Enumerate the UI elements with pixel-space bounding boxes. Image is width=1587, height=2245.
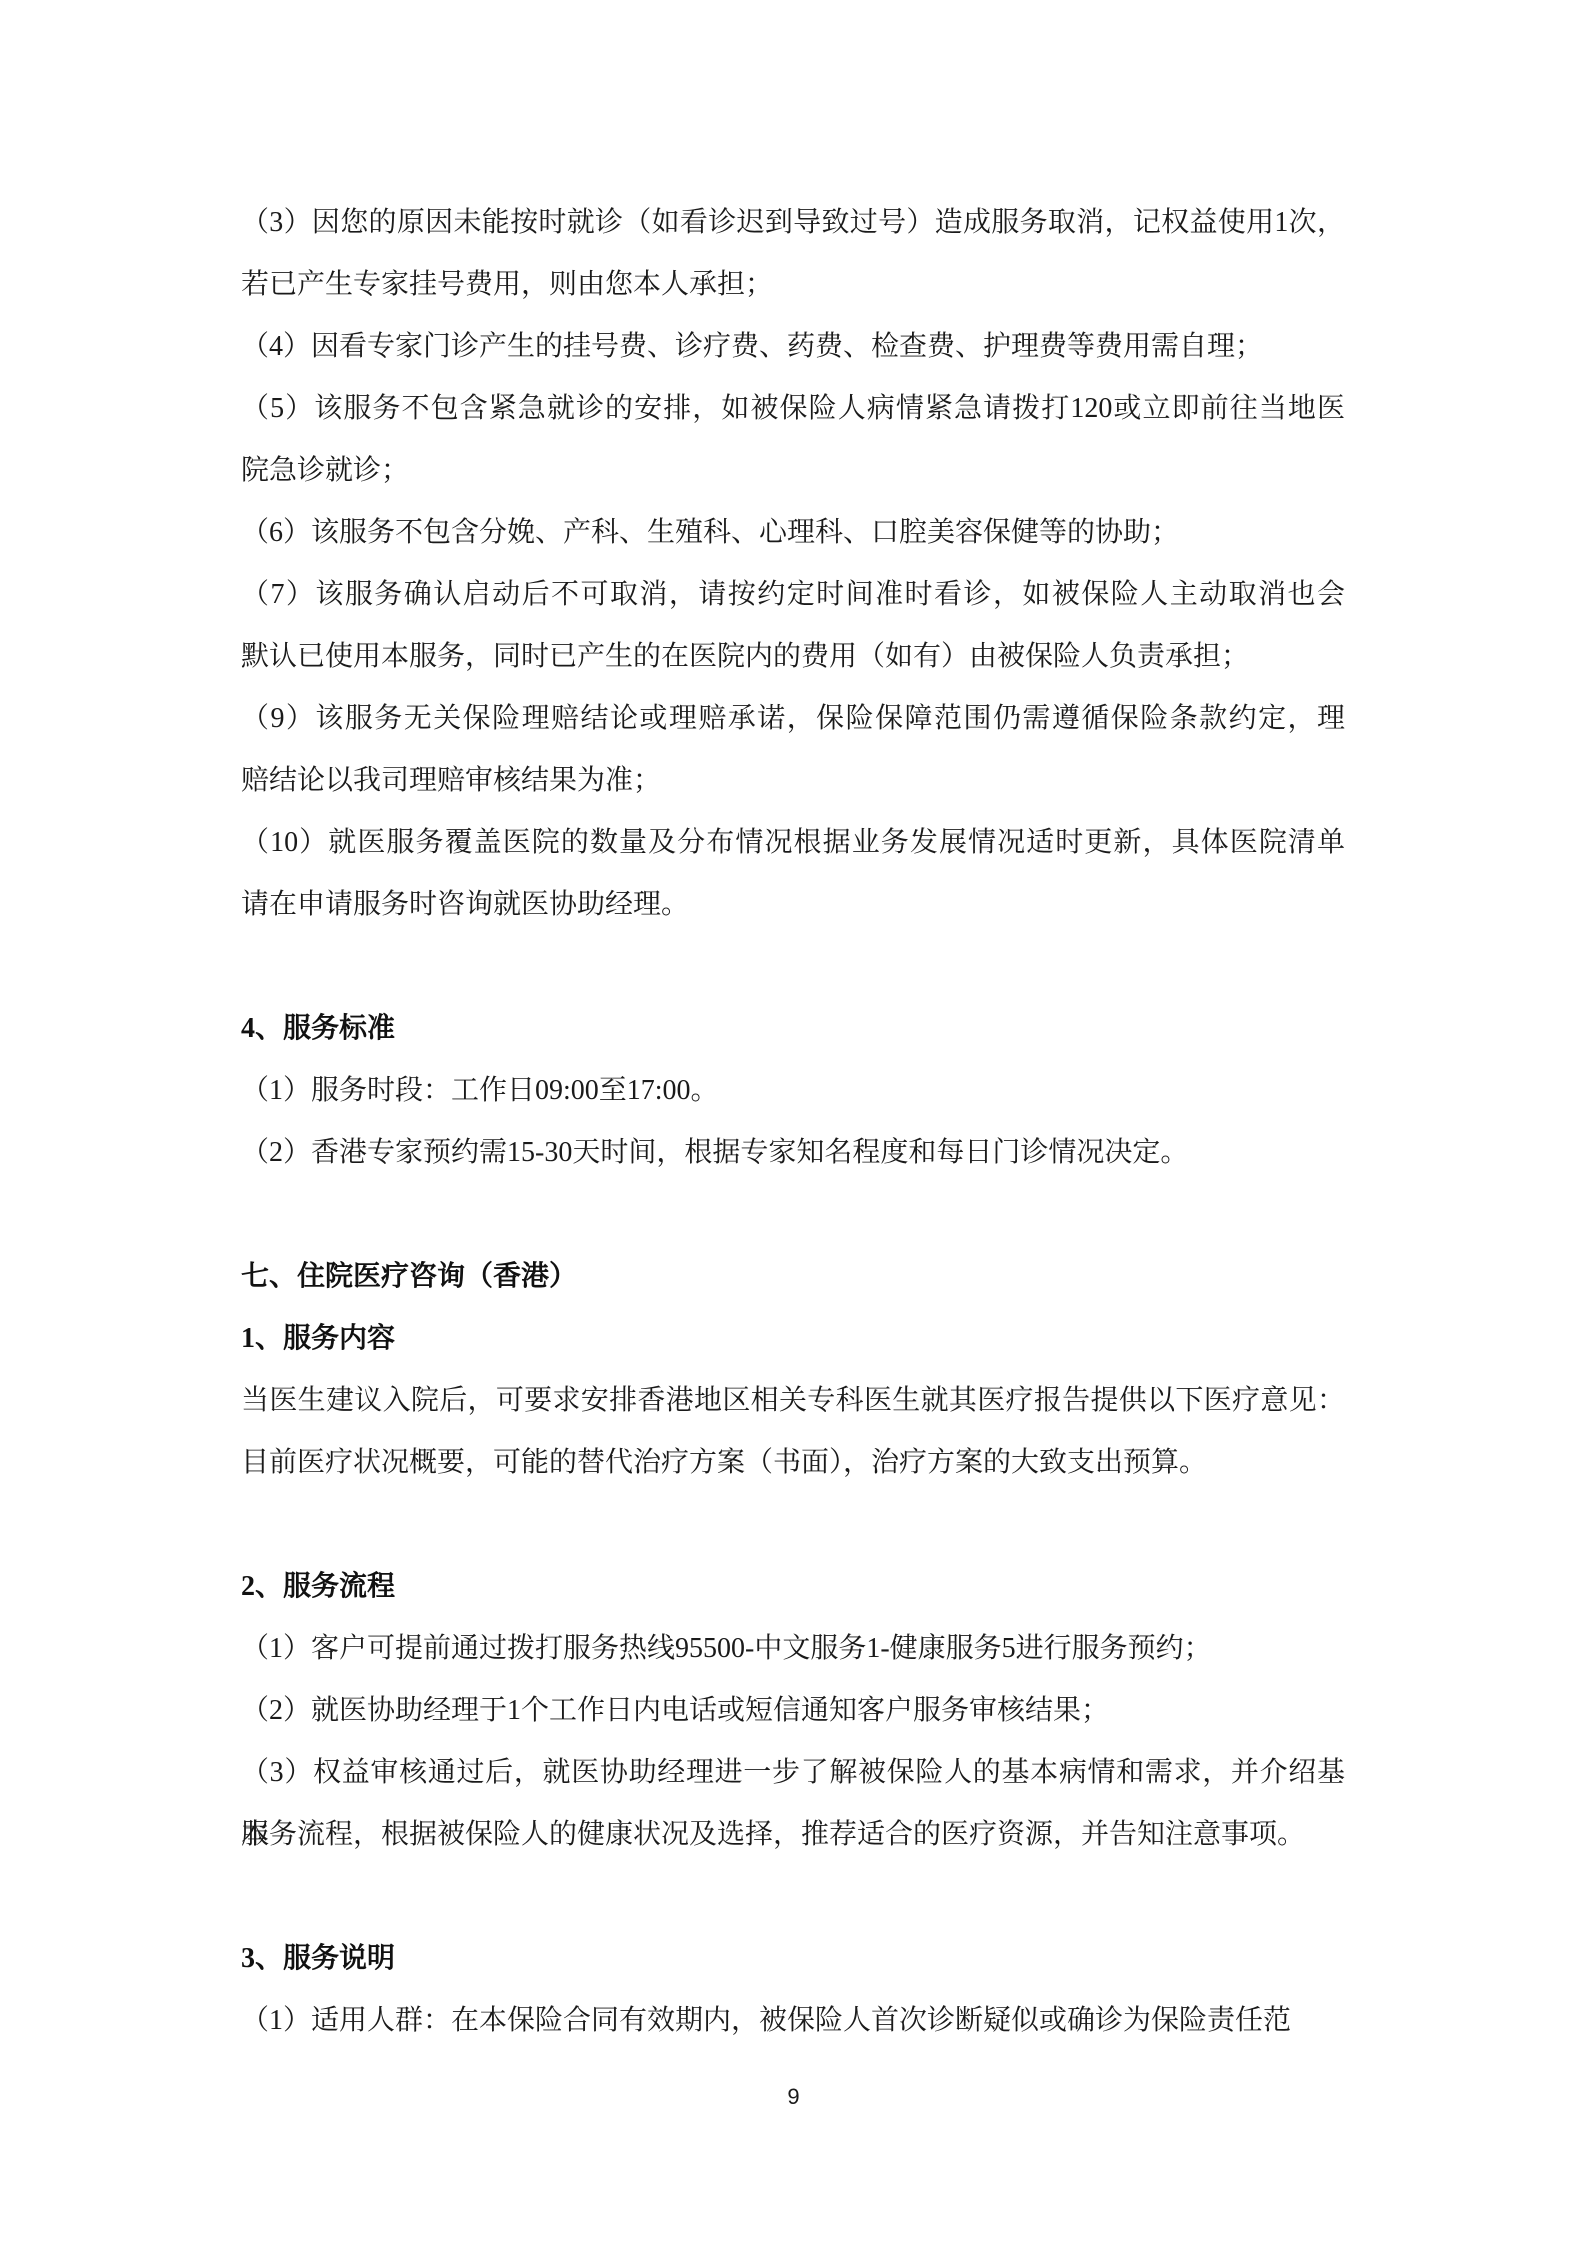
page-number: 9 [0, 2083, 1587, 2111]
clause-6: （6）该服务不包含分娩、产科、生殖科、心理科、口腔美容保健等的协助； [241, 502, 1345, 564]
text-line: （1）适用人群：在本保险合同有效期内，被保险人首次诊断疑似或确诊为保险责任范 [241, 1990, 1345, 2052]
process-item-2: （2）就医协助经理于1个工作日内电话或短信通知客户服务审核结果； [241, 1680, 1345, 1742]
text-line: （2）就医协助经理于1个工作日内电话或短信通知客户服务审核结果； [241, 1680, 1345, 1742]
heading-service-standard: 4、服务标准 [241, 998, 1345, 1060]
standard-item-1: （1）服务时段：工作日09:00至17:00。 [241, 1060, 1345, 1122]
text-line: （3）权益审核通过后，就医协助经理进一步了解被保险人的基本病情和需求，并介绍基本 [241, 1742, 1345, 1804]
text-line: 赔结论以我司理赔审核结果为准； [241, 750, 1345, 812]
heading-line: 七、住院医疗咨询（香港） [241, 1246, 1345, 1308]
heading-line: 4、服务标准 [241, 998, 1345, 1060]
clause-10: （10）就医服务覆盖医院的数量及分布情况根据业务发展情况适时更新，具体医院清单 … [241, 812, 1345, 936]
text-line: （4）因看专家门诊产生的挂号费、诊疗费、药费、检查费、护理费等费用需自理； [241, 316, 1345, 378]
text-line: （1）服务时段：工作日09:00至17:00。 [241, 1060, 1345, 1122]
text-line: （10）就医服务覆盖医院的数量及分布情况根据业务发展情况适时更新，具体医院清单 [241, 812, 1345, 874]
process-item-1: （1）客户可提前通过拨打服务热线95500-中文服务1-健康服务5进行服务预约； [241, 1618, 1345, 1680]
text-line: 若已产生专家挂号费用，则由您本人承担； [241, 254, 1345, 316]
text-line: （1）客户可提前通过拨打服务热线95500-中文服务1-健康服务5进行服务预约； [241, 1618, 1345, 1680]
text-line: （9）该服务无关保险理赔结论或理赔承诺，保险保障范围仍需遵循保险条款约定，理 [241, 688, 1345, 750]
heading-line: 2、服务流程 [241, 1556, 1345, 1618]
text-line: （6）该服务不包含分娩、产科、生殖科、心理科、口腔美容保健等的协助； [241, 502, 1345, 564]
text-line: （7）该服务确认启动后不可取消，请按约定时间准时看诊，如被保险人主动取消也会 [241, 564, 1345, 626]
text-line: （2）香港专家预约需15-30天时间，根据专家知名程度和每日门诊情况决定。 [241, 1122, 1345, 1184]
notes-item-1: （1）适用人群：在本保险合同有效期内，被保险人首次诊断疑似或确诊为保险责任范 [241, 1990, 1345, 2052]
standard-item-2: （2）香港专家预约需15-30天时间，根据专家知名程度和每日门诊情况决定。 [241, 1122, 1345, 1184]
clause-4: （4）因看专家门诊产生的挂号费、诊疗费、药费、检查费、护理费等费用需自理； [241, 316, 1345, 378]
text-line: 服务流程，根据被保险人的健康状况及选择，推荐适合的医疗资源，并告知注意事项。 [241, 1804, 1345, 1866]
clause-5: （5）该服务不包含紧急就诊的安排，如被保险人病情紧急请拨打120或立即前往当地医… [241, 378, 1345, 502]
heading-line: 1、服务内容 [241, 1308, 1345, 1370]
text-line: 默认已使用本服务，同时已产生的在医院内的费用（如有）由被保险人负责承担； [241, 626, 1345, 688]
text-line: 目前医疗状况概要，可能的替代治疗方案（书面），治疗方案的大致支出预算。 [241, 1432, 1345, 1494]
text-line: （5）该服务不包含紧急就诊的安排，如被保险人病情紧急请拨打120或立即前往当地医 [241, 378, 1345, 440]
heading-service-content: 1、服务内容 [241, 1308, 1345, 1370]
text-line: 请在申请服务时咨询就医协助经理。 [241, 874, 1345, 936]
text-line: 当医生建议入院后，可要求安排香港地区相关专科医生就其医疗报告提供以下医疗意见： [241, 1370, 1345, 1432]
clause-7: （7）该服务确认启动后不可取消，请按约定时间准时看诊，如被保险人主动取消也会 默… [241, 564, 1345, 688]
heading-service-process: 2、服务流程 [241, 1556, 1345, 1618]
clause-9: （9）该服务无关保险理赔结论或理赔承诺，保险保障范围仍需遵循保险条款约定，理 赔… [241, 688, 1345, 812]
service-content-body: 当医生建议入院后，可要求安排香港地区相关专科医生就其医疗报告提供以下医疗意见： … [241, 1370, 1345, 1494]
clause-3: （3）因您的原因未能按时就诊（如看诊迟到导致过号）造成服务取消，记权益使用1次，… [241, 192, 1345, 316]
document-page: （3）因您的原因未能按时就诊（如看诊迟到导致过号）造成服务取消，记权益使用1次，… [0, 0, 1587, 2245]
document-content: （3）因您的原因未能按时就诊（如看诊迟到导致过号）造成服务取消，记权益使用1次，… [241, 192, 1345, 2052]
text-line: 院急诊就诊； [241, 440, 1345, 502]
heading-section-seven: 七、住院医疗咨询（香港） [241, 1246, 1345, 1308]
process-item-3: （3）权益审核通过后，就医协助经理进一步了解被保险人的基本病情和需求，并介绍基本… [241, 1742, 1345, 1866]
heading-service-notes: 3、服务说明 [241, 1928, 1345, 1990]
heading-line: 3、服务说明 [241, 1928, 1345, 1990]
text-line: （3）因您的原因未能按时就诊（如看诊迟到导致过号）造成服务取消，记权益使用1次， [241, 192, 1345, 254]
